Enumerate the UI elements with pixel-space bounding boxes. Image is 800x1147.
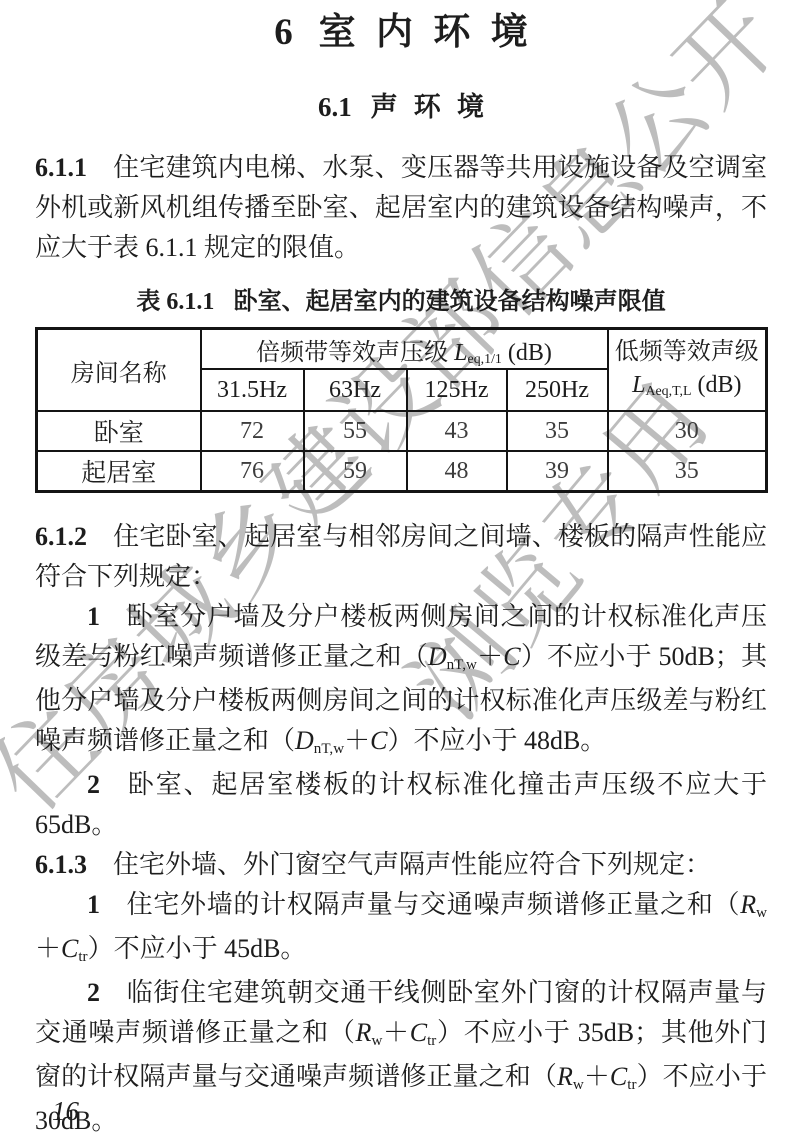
page-content: 6室内环境 6.1声环境 6.1.1住宅建筑内电梯、水泵、变压器等共用设施设备及…: [0, 10, 800, 1141]
octave-band-group-header: 倍频带等效声压级 Leq,1/1 (dB): [201, 329, 608, 370]
table-row-bedroom: 卧室 72 55 43 35 30: [37, 411, 767, 451]
item-text: 卧室、起居室楼板的计权标准化撞击声压级不应大于 65dB。: [35, 770, 767, 839]
value-cell: 30: [608, 411, 767, 451]
freq-col-31-5: 31.5Hz: [201, 369, 304, 411]
table-caption-label: 表 6.1.1: [136, 289, 214, 315]
value-cell: 72: [201, 411, 304, 451]
item-text: 卧室分户墙及分户楼板两侧房间之间的计权标准化声压级差与粉红噪声频谱修正量之和（D…: [35, 602, 767, 755]
room-name-cell: 起居室: [37, 451, 201, 492]
clause-text: 住宅卧室、起居室与相邻房间之间墙、楼板的隔声性能应符合下列规定：: [35, 522, 767, 591]
table-caption-text: 卧室、起居室内的建筑设备结构噪声限值: [234, 289, 666, 315]
clause-6-1-1: 6.1.1住宅建筑内电梯、水泵、变压器等共用设施设备及空调室外机或新风机组传播至…: [35, 148, 767, 268]
page-number: 16: [52, 1096, 79, 1127]
clause-6-1-2: 6.1.2住宅卧室、起居室与相邻房间之间墙、楼板的隔声性能应符合下列规定：: [35, 517, 767, 597]
table-header-row-1: 房间名称 倍频带等效声压级 Leq,1/1 (dB) 低频等效声级 LAeq,T…: [37, 329, 767, 370]
freq-col-250: 250Hz: [507, 369, 608, 411]
item-text: 临街住宅建筑朝交通干线侧卧室外门窗的计权隔声量与交通噪声频谱修正量之和（Rw＋C…: [35, 978, 767, 1135]
section-number: 6.1: [318, 92, 352, 122]
chapter-title-text: 室内环境: [319, 12, 548, 53]
clause-text: 住宅建筑内电梯、水泵、变压器等共用设施设备及空调室外机或新风机组传播至卧室、起居…: [35, 153, 767, 262]
value-cell: 55: [304, 411, 407, 451]
table-6-1-1: 房间名称 倍频带等效声压级 Leq,1/1 (dB) 低频等效声级 LAeq,T…: [35, 327, 768, 493]
value-cell: 35: [608, 451, 767, 492]
value-cell: 39: [507, 451, 608, 492]
item-number: 2: [87, 978, 100, 1007]
low-freq-label: 低频等效声级: [609, 336, 766, 369]
value-cell: 35: [507, 411, 608, 451]
clause-6-1-3-item-1: 1住宅外墙的计权隔声量与交通噪声频谱修正量之和（Rw＋Ctr）不应小于 45dB…: [35, 885, 767, 973]
freq-col-125: 125Hz: [407, 369, 507, 411]
chapter-title: 6室内环境: [35, 10, 767, 56]
clause-number: 6.1.3: [35, 850, 87, 879]
low-freq-formula: LAeq,T,L (dB): [609, 369, 766, 405]
clause-6-1-3: 6.1.3住宅外墙、外门窗空气声隔声性能应符合下列规定：: [35, 845, 767, 885]
clause-6-1-2-item-1: 1卧室分户墙及分户楼板两侧房间之间的计权标准化声压级差与粉红噪声频谱修正量之和（…: [35, 597, 767, 765]
item-number: 1: [87, 602, 100, 631]
clause-text: 住宅外墙、外门窗空气声隔声性能应符合下列规定：: [113, 850, 711, 879]
item-number: 1: [87, 890, 100, 919]
room-name-cell: 卧室: [37, 411, 201, 451]
value-cell: 76: [201, 451, 304, 492]
value-cell: 59: [304, 451, 407, 492]
clause-number: 6.1.1: [35, 153, 87, 182]
item-number: 2: [87, 770, 100, 799]
item-text: 住宅外墙的计权隔声量与交通噪声频谱修正量之和（Rw＋Ctr）不应小于 45dB。: [35, 890, 767, 963]
value-cell: 43: [407, 411, 507, 451]
chapter-number: 6: [274, 12, 293, 53]
section-title: 6.1声环境: [35, 90, 767, 124]
table-row-livingroom: 起居室 76 59 48 39 35: [37, 451, 767, 492]
section-title-text: 声环境: [371, 92, 501, 122]
freq-col-63: 63Hz: [304, 369, 407, 411]
low-freq-header: 低频等效声级 LAeq,T,L (dB): [608, 329, 767, 412]
document-page: 住房城乡建设部信息公开 浏览专用 6室内环境 6.1声环境 6.1.1住宅建筑内…: [0, 0, 800, 1147]
clause-6-1-3-item-2: 2临街住宅建筑朝交通干线侧卧室外门窗的计权隔声量与交通噪声频谱修正量之和（Rw＋…: [35, 973, 767, 1141]
table-caption: 表 6.1.1卧室、起居室内的建筑设备结构噪声限值: [35, 286, 767, 318]
clause-number: 6.1.2: [35, 522, 87, 551]
room-name-header: 房间名称: [37, 329, 201, 412]
value-cell: 48: [407, 451, 507, 492]
clause-6-1-2-item-2: 2卧室、起居室楼板的计权标准化撞击声压级不应大于 65dB。: [35, 765, 767, 845]
